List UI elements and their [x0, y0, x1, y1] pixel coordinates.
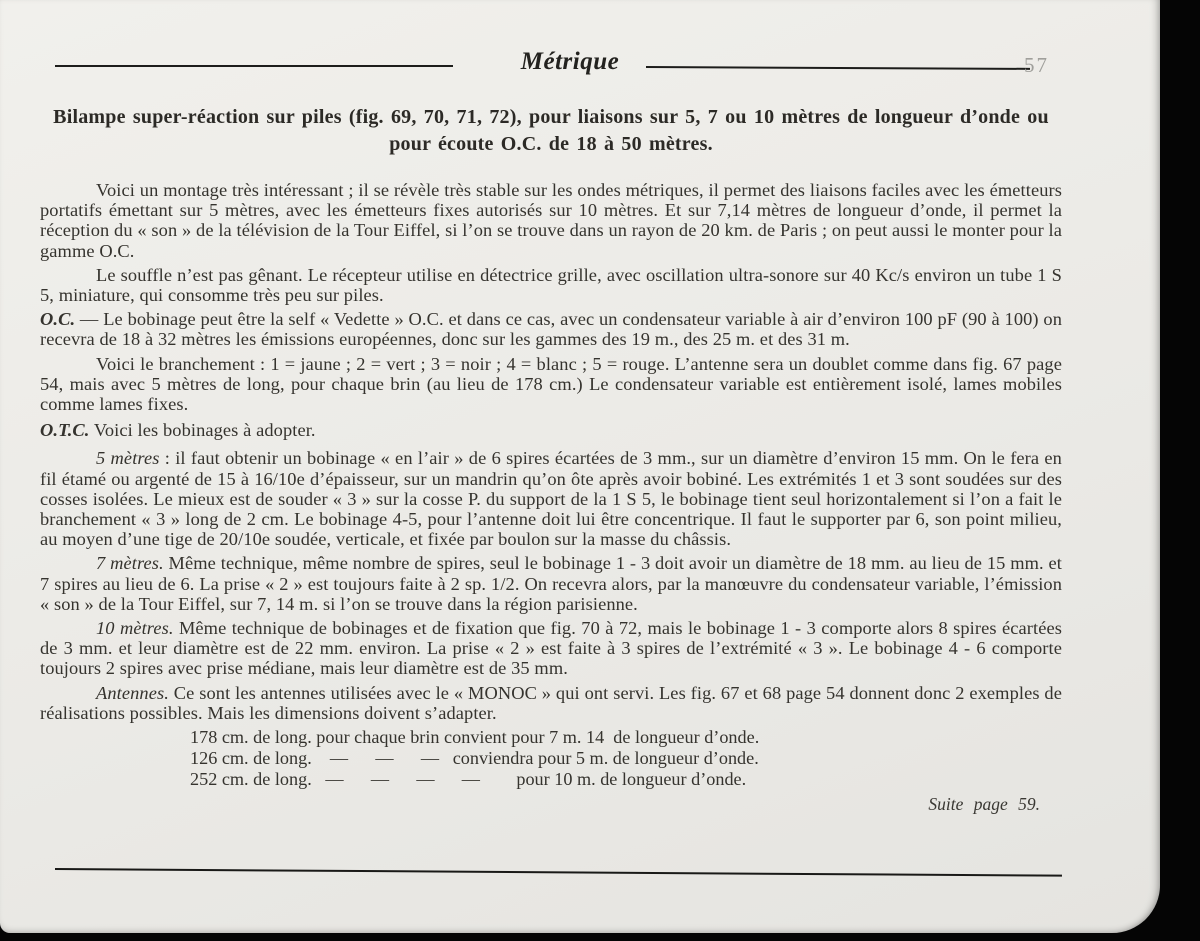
paragraph-lead: 5 mètres — [96, 448, 160, 468]
paragraph-text: Voici le branchement : 1 = jaune ; 2 = v… — [40, 354, 1062, 414]
paragraph: Antennes. Ce sont les antennes utilisées… — [40, 683, 1062, 723]
paragraph-text: : il faut obtenir un bobinage « en l’air… — [40, 448, 1062, 549]
article-title: Bilampe super-réaction sur piles (fig. 6… — [46, 104, 1056, 158]
paragraph: Le souffle n’est pas gênant. Le récepteu… — [40, 265, 1062, 305]
paragraph: 7 mètres. Même technique, même nombre de… — [40, 553, 1062, 614]
paragraph-text: Même technique de bobinages et de fixati… — [40, 618, 1062, 678]
antenna-length-table: 178 cm. de long. pour chaque brin convie… — [190, 727, 1062, 790]
paragraph-lead: Antennes. — [96, 683, 169, 703]
paragraph-text: Voici un montage très intéressant ; il s… — [40, 180, 1062, 261]
continuation-note: Suite page 59. — [40, 794, 1062, 815]
page-paper: Métrique 57 Bilampe super-réaction sur p… — [0, 0, 1160, 933]
paragraph: O.T.C. Voici les bobinages à adopter. — [40, 420, 1062, 440]
paragraph: 10 mètres. Même technique de bobinages e… — [40, 618, 1062, 679]
header-rule-right — [646, 66, 1030, 70]
paragraph-lead: 7 mètres. — [96, 553, 164, 573]
paragraph-lead: 10 mètres. — [96, 618, 174, 638]
footer-rule — [55, 868, 1062, 877]
paragraph-text: Le souffle n’est pas gênant. Le récepteu… — [40, 265, 1062, 305]
paragraph: 5 mètres : il faut obtenir un bobinage «… — [40, 448, 1062, 549]
paragraph-text: Même technique, même nombre de spires, s… — [40, 553, 1062, 613]
running-header: Métrique 57 — [40, 50, 1062, 80]
paragraph: Voici un montage très intéressant ; il s… — [40, 180, 1062, 261]
scan-background: { "page": { "header": { "running_title":… — [0, 0, 1200, 941]
page-content: Métrique 57 Bilampe super-réaction sur p… — [40, 0, 1062, 815]
paragraph-text: — Le bobinage peut être la self « Vedett… — [40, 309, 1062, 349]
paragraph: O.C. — Le bobinage peut être la self « V… — [40, 309, 1062, 349]
running-title: Métrique — [470, 48, 670, 76]
paragraph-lead: O.C. — [40, 309, 75, 329]
paragraph-text: Ce sont les antennes utilisées avec le «… — [40, 683, 1062, 723]
table-row: 178 cm. de long. pour chaque brin convie… — [190, 727, 1062, 748]
header-rule-left — [55, 65, 453, 67]
table-row: 126 cm. de long. — — — conviendra pour 5… — [190, 748, 1062, 769]
page-number: 57 — [1024, 53, 1084, 78]
body-text: Voici un montage très intéressant ; il s… — [40, 180, 1062, 723]
table-row: 252 cm. de long. — — — — pour 10 m. de l… — [190, 769, 1062, 790]
paragraph-text: Voici les bobinages à adopter. — [90, 420, 316, 440]
paragraph: Voici le branchement : 1 = jaune ; 2 = v… — [40, 354, 1062, 415]
paragraph-lead: O.T.C. — [40, 420, 90, 440]
